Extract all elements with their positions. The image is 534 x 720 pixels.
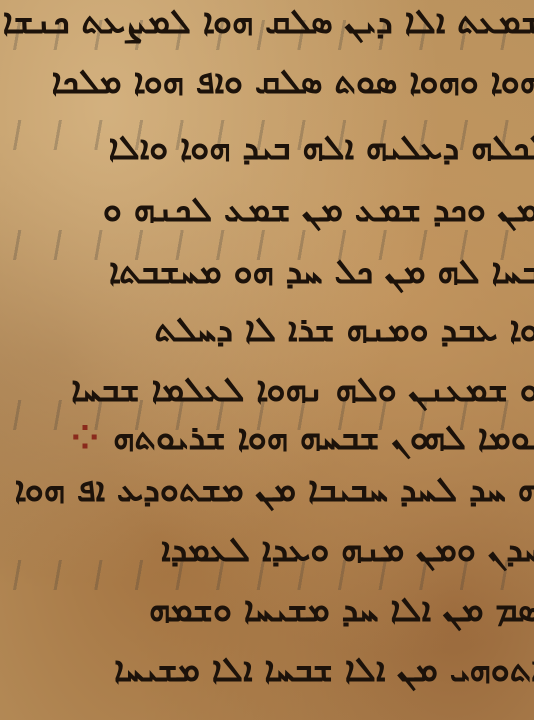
script-line: ܗܘܐ ܥܒܕ ܘܡܢܗ ܫܪܐ ܠܐ ܕܚܠܬ [0, 310, 534, 350]
script-line: ܘܫܡܥܬ ܐܠܐ ܕܝܢ ܣܠܩ ܗܘܐ ܠܡܨܥܬ ܟܢܫܐ [0, 2, 534, 42]
script-line: ܘܗܘܐ ܘܗܘܐ ܣܘܬ ܣܠܩ ܘܐܦ ܗܘܐ ܡܠܟܐ [0, 62, 534, 102]
script-line: ܗܘ ܫܡܥܢܢ ܘܠܗ ܢܗܘܐ ܠܥܠܡܐ ܫܒܚܐ [0, 370, 534, 410]
rubric-punctuation: ⁘ [71, 418, 101, 458]
script-line: ܕܝܘܡܐ ܠܗܘܢ ܫܒܚܗ ܗܘܐ ܫܪܝܘܬܗ ⁘ [0, 418, 534, 458]
script-line: ܬܡܢ ܘܟܕ ܫܡܥ ܡܢ ܫܡܥ ܠܟܢܗ ܘ [0, 190, 534, 230]
script-line: ܫܒܚܐ ܠܗ ܡܢ ܟܠ ܚܕ ܗܘ ܡܚܫܒܬܐ [0, 252, 534, 292]
script-line: ܕܚܕܢ ܘܡܢ ܡܢܗ ܘܥܕܐ ܠܥܡܕܐ [0, 530, 534, 570]
script-line: ܘܐܬܘܗܝ ܡܢ ܐܠܐ ܫܒܚܐ ܐܠܐ ܡܫܝܚܐ [0, 650, 534, 690]
script-line: ܚܣܡ ܡܢ ܐܠܐ ܚܕ ܡܫܝܚܐ ܘܫܡܗ [0, 590, 534, 630]
script-line: ܐܠܟܠܗ ܕܥܠܝܗ ܐܠܗ ܒܝܕ ܗܘܐ ܘܐܠܐ [0, 128, 534, 168]
manuscript-photo: ܘܫܡܥܬ ܐܠܐ ܕܝܢ ܣܠܩ ܗܘܐ ܠܡܨܥܬ ܟܢܫܐ ܘܗܘܐ ܘܗ… [0, 0, 534, 720]
script-line: ܠܗ ܚܕ ܠܚܕ ܚܒܝܒܐ ܡܢ ܡܫܬܘܕܥ ܐܦ ܗܘܐ [0, 470, 534, 510]
